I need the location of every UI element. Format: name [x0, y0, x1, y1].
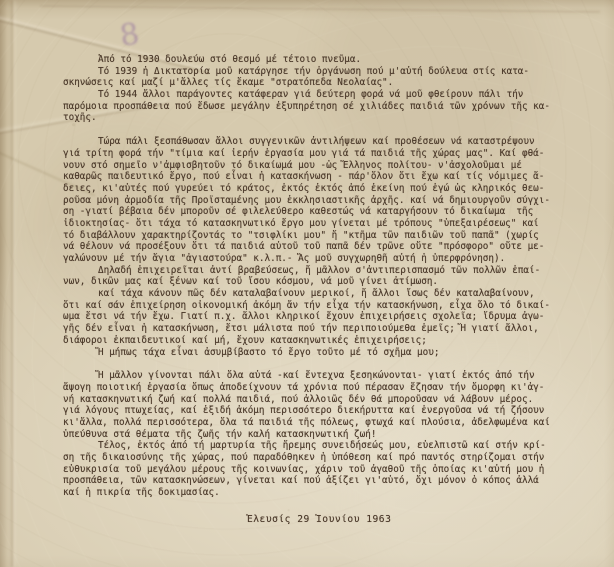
text-line: Ἀπό τό 1930 δουλεύω στό θεσμό μέ τέτοιο … — [63, 54, 565, 66]
text-line: καθαρῶς παιδευτικό ἔργο, πού εἶναι ἡ κατ… — [63, 171, 565, 183]
paragraph: Ἤ μᾶλλον γίνονται πάλι ὅλα αὐτά -καί ἔντ… — [63, 370, 565, 440]
text-line: τοχῆς. — [63, 112, 565, 124]
document-page: 8 Ἀπό τό 1930 δουλεύω στό θεσμό μέ τέτοι… — [0, 0, 614, 567]
text-line: παρόμοια προσπάθεια πού ἔδωσε μεγάλην ἐξ… — [63, 101, 565, 113]
text-line: σκηνώσεις καί μαζί μ'ἄλλες τίς ἔκαμε "στ… — [63, 77, 565, 89]
text-line: Ἤ μήπως τάχα εἶναι ἀσυμβίβαστο τό ἔργο τ… — [63, 347, 565, 359]
paper-crease — [40, 5, 600, 13]
dateline: Ἐλευσίς 29 Ἰουνίου 1963 — [247, 514, 391, 525]
text-line: ὅτι καί σάν ἐπιχείρηση οἰκονομική ἀκόμη … — [63, 300, 565, 312]
text-line: ἄψογη ποιοτική ἐργασία ὅπως ἀποδείχνουν … — [63, 382, 565, 394]
text-line: Τώρα πάλι ξεσπάθωσαν ἄλλοι συγγενικῶν ἀν… — [63, 136, 565, 148]
paper-fold-edge — [11, 0, 13, 567]
text-line: Δηλαδή ἐπιχειρεῖται ἀντί βραβεύσεως, ἤ μ… — [63, 265, 565, 277]
paragraph: Τό 1939 ἡ Δικτατορία μοῦ κατάργησε τήν ὀ… — [63, 66, 565, 89]
text-line: Τέλος, ἐκτός ἀπό τή μαρτυρία τῆς ἤρεμης … — [63, 440, 565, 452]
text-line: ωμα ἔτσι νά τήν ἔχω. Γιατί π.χ. ἄλλοι κλ… — [63, 311, 565, 323]
text-line: κι'ἄλλα, πολλά περισσότερα, ὅλα τά παιδι… — [63, 417, 565, 429]
text-line: Ἤ μᾶλλον γίνονται πάλι ὅλα αὐτά -καί ἔντ… — [63, 370, 565, 382]
paragraph: Ἀπό τό 1930 δουλεύω στό θεσμό μέ τέτοιο … — [63, 54, 565, 66]
text-line: γῆς δέν εἶναι ἡ κατασκήνωση, ἔτσι μάλιστ… — [63, 323, 565, 335]
paragraph: καί τάχα κάνουν πῶς δέν καταλαβαίνουν με… — [63, 288, 565, 346]
paragraph: Τό 1944 ἄλλοι παράγοντες κατάφεραν γιά δ… — [63, 89, 565, 124]
text-line: Τό 1939 ἡ Δικτατορία μοῦ κατάργησε τήν ὀ… — [63, 66, 565, 78]
text-line: ὑπεύθυνα στά θέματα τῆς ζωῆς τήν καλή κα… — [63, 429, 565, 441]
text-line: ση -γιατί βέβαια δέν μποροῦν σέ φιλελεύθ… — [63, 206, 565, 218]
text-line: προσπάθεια, τῶν κατασκηνώσεων, γίνεται κ… — [63, 475, 565, 487]
text-line: Τό 1944 ἄλλοι παράγοντες κατάφεραν γιά δ… — [63, 89, 565, 101]
paragraph: Δηλαδή ἐπιχειρεῖται ἀντί βραβεύσεως, ἤ μ… — [63, 265, 565, 288]
text-line: νων, δικῶν μας καί ξένων καί τοῦ ἴσου κό… — [63, 276, 565, 288]
text-line: καί τάχα κάνουν πῶς δέν καταλαβαίνουν με… — [63, 288, 565, 300]
text-line: γιά τρίτη φορά τήν "τίμια καί ἱερήν ἐργα… — [63, 148, 565, 160]
text-line: ση τῆς δικαιοσύνης τῆς χώρας, πού παραδό… — [63, 452, 565, 464]
paragraph: Τώρα πάλι ξεσπάθωσαν ἄλλοι συγγενικῶν ἀν… — [63, 136, 565, 265]
text-line: νουν στό σημεῖο ν'ἀμφισβητοῦν τό δικαίωμ… — [63, 160, 565, 172]
text-line: νά θέλουν νά προσέξουν ὅτι τά παιδιά αὐτ… — [63, 241, 565, 253]
text-line: γιά λόγους πτωχείας, καί ἐξιδή ἀκόμη περ… — [63, 405, 565, 417]
text-line: ροῦσα μόνη ἁρμοδία τῆς Προϊσταμένης μου … — [63, 195, 565, 207]
letter-body: Ἀπό τό 1930 δουλεύω στό θεσμό μέ τέτοιο … — [63, 54, 565, 499]
paragraph: Ἤ μήπως τάχα εἶναι ἀσυμβίβαστο τό ἔργο τ… — [63, 347, 565, 359]
text-line: ἰδιοκτησίας- ὅτι τάχα τό κατασκηνωτικό ἔ… — [63, 218, 565, 230]
text-line: τό διαβάλλουν χαρακτηρίζοντάς το "τσιφλί… — [63, 230, 565, 242]
text-line: καί ἡ πικρία τῆς δοκιμασίας. — [63, 487, 565, 499]
text-line: νή κατασκηνωτική ζωή καί πολλά παιδιά, π… — [63, 394, 565, 406]
text-line: γαλώνουν μέ τήν ἅγια "ἁγιαστούρα" κ.λ.π.… — [63, 253, 565, 265]
text-line: δειες, κι'αὐτές πού γυρεύει τό κράτος, ἐ… — [63, 183, 565, 195]
text-line: εὐθυκρισία τοῦ μεγάλου μέρους τῆς κοινων… — [63, 464, 565, 476]
paragraph: Τέλος, ἐκτός ἀπό τή μαρτυρία τῆς ἤρεμης … — [63, 440, 565, 498]
text-line: διάφοροι ἐκπαιδευτικοί καί μή, ἔχουν κατ… — [63, 335, 565, 347]
